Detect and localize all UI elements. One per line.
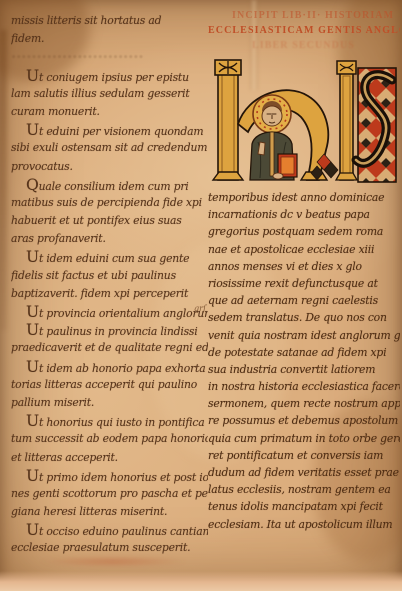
capitula-line: nes genti scottorum pro pascha et pela: [11, 485, 208, 503]
body-text-line: sua industria convertit latiorem: [208, 361, 400, 378]
manuscript-page: missis litteris sit hortatus adfidem.∙∙∙…: [0, 0, 402, 591]
capitula-line: Quale consilium idem cum pri: [11, 176, 208, 194]
body-text-line: venit quia nostram idest anglorum gente: [208, 327, 400, 344]
capitula-line: curam monuerit.: [11, 103, 208, 121]
body-text-line: tenus idolis mancipatam xpi fecit: [208, 498, 400, 515]
capitula-line: pallium miserit.: [11, 394, 208, 412]
capitula-line: fidelis sit factus et ubi paulinus: [11, 267, 208, 285]
capitula-line: praedicaverit et de qualitate regni edui…: [11, 339, 208, 357]
rubric-line: Incipit lib·ii· historiam: [208, 8, 400, 23]
capitula-line: torias litteras acceperit qui paulino: [11, 376, 208, 394]
staff-icon: [270, 132, 274, 176]
saint-figure: [250, 95, 297, 180]
body-text-column: temporibus idest anno dominicaeincarnati…: [208, 189, 400, 533]
historiated-initial-his: [206, 58, 400, 188]
capitula-line: aras profanaverit.: [11, 230, 208, 248]
page-bottom-edge: [0, 571, 402, 591]
capitula-line: tum successit ab eodem papa honorio pall…: [11, 430, 208, 448]
body-text-line: que ad aeternam regni caelestis: [208, 292, 400, 309]
capitula-line: giana heresi litteras miserint.: [11, 503, 208, 521]
capitula-line: ecclesiae praesulatum susceperit.: [11, 539, 208, 557]
body-text-line: riosissime rexit defunctusque at: [208, 275, 400, 292]
rubric-line: Liber secundus: [208, 38, 400, 53]
capitula-line: Ut idem ab honorio papa exhorta: [11, 358, 208, 376]
capitula-line: Ut eduini per visionem quondam: [11, 121, 208, 139]
rubric-line: Ecclesiasticam gentis anglorum: [208, 23, 400, 38]
capitula-line: missis litteris sit hortatus ad: [11, 12, 208, 30]
capitula-line: provocatus.: [11, 158, 208, 176]
capitula-line: ∙∙∙∙∙∙∙∙∙∙∙∙∙∙∙∙∙∙∙∙∙∙∙∙∙∙: [11, 48, 208, 66]
capitula-column: missis litteris sit hortatus adfidem.∙∙∙…: [11, 12, 208, 558]
body-text-line: gregorius postquam sedem roma: [208, 223, 400, 240]
capitula-line: Ut idem eduini cum sua gente: [11, 248, 208, 266]
margin-gloss: grſ: [194, 304, 206, 313]
body-text-line: temporibus idest anno dominicae: [208, 189, 400, 206]
body-text-line: quia cum primatum in toto orbe gere: [208, 430, 400, 447]
body-text-line: de potestate satanae ad fidem xpi: [208, 344, 400, 361]
body-text-line: dudum ad fidem veritatis esset prae: [208, 464, 400, 481]
capitula-line: Ut primo idem honorius et post iohan: [11, 467, 208, 485]
capitula-line: baptizaverit. fidem xpi perceperit: [11, 285, 208, 303]
capitula-line: Ut honorius qui iusto in pontifica: [11, 412, 208, 430]
capitula-line: Ut provincia orientalium anglorum: [11, 303, 208, 321]
body-text-line: in nostra historia ecclesiastica facere: [208, 378, 400, 395]
body-text-line: nae et apostolicae ecclesiae xiii: [208, 241, 400, 258]
initial-s-letter: [356, 68, 396, 182]
body-text-line: ecclesiam. Ita ut apostolicum illum: [208, 516, 400, 533]
capitula-line: Ut coniugem ipsius per epistu: [11, 67, 208, 85]
initial-his-drawing: [206, 58, 400, 188]
erased-rubric-smudge: [38, 556, 188, 567]
capitula-line: sibi exuli ostensam sit ad credendum: [11, 139, 208, 157]
body-text-line: incarnationis dc v beatus papa: [208, 206, 400, 223]
margin-smudge: [0, 30, 7, 330]
body-text-line: sermonem, quem recte nostrum appella: [208, 395, 400, 412]
capitula-line: Ut paulinus in provincia lindissi: [11, 321, 208, 339]
capitula-line: lam salutis illius sedulam gesserit: [11, 85, 208, 103]
body-text-line: re possumus et debemus apostolum: [208, 412, 400, 429]
body-text-line: ret pontificatum et conversis iam: [208, 447, 400, 464]
body-text-line: annos menses vi et dies x glo: [208, 258, 400, 275]
capitula-line: habuerit et ut pontifex eius suas: [11, 212, 208, 230]
capitula-line: fidem.: [11, 30, 208, 48]
capitula-line: matibus suis de percipienda fide xpi: [11, 194, 208, 212]
body-text-line: latus ecclesiis, nostram gentem ea: [208, 481, 400, 498]
capitula-line: et litteras acceperit.: [11, 449, 208, 467]
body-text-line: sedem translatus. De quo nos con: [208, 309, 400, 326]
knotwork-icon: [215, 60, 241, 75]
capitula-line: Ut occiso eduino paulinus cantiam: [11, 521, 208, 539]
rubric: Incipit lib·ii· historiamEcclesiasticam …: [208, 8, 400, 53]
